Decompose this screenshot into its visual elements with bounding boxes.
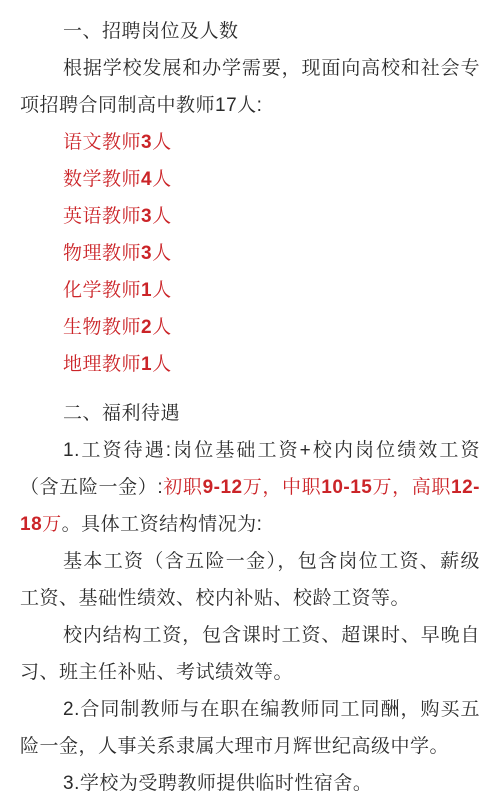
salary-range-unit: 万: [243, 477, 263, 498]
salary-range-label: 初职: [163, 477, 202, 498]
position-subject: 语文教师: [63, 132, 141, 153]
position-count: 4: [141, 169, 152, 190]
position-item: 化学教师1人: [20, 272, 480, 309]
structural-salary-paragraph: 校内结构工资，包含课时工资、超课时、早晚自习、班主任补贴、考试绩效等。: [20, 617, 480, 691]
salary-paragraph: 1.工资待遇:岗位基础工资+校内岗位绩效工资（含五险一金）:初职9-12万，中职…: [20, 432, 480, 543]
position-subject: 地理教师: [63, 354, 141, 375]
benefit-item-3: 3.学校为受聘教师提供临时性宿舍。: [20, 765, 480, 794]
position-subject: 化学教师: [63, 280, 141, 301]
section1-heading: 一、招聘岗位及人数: [20, 13, 480, 50]
position-item: 生物教师2人: [20, 309, 480, 346]
position-unit: 人: [152, 206, 172, 227]
position-subject: 数学教师: [63, 169, 141, 190]
position-subject: 英语教师: [63, 206, 141, 227]
salary-range-unit: 万: [42, 514, 62, 535]
section2-heading: 二、福利待遇: [20, 395, 480, 432]
position-item: 物理教师3人: [20, 235, 480, 272]
salary-range-value: 9-12: [203, 477, 243, 498]
position-item: 英语教师3人: [20, 198, 480, 235]
benefit-item-2: 2.合同制教师与在职在编教师同工同酬，购买五险一金，人事关系隶属大理市月辉世纪高…: [20, 691, 480, 765]
position-count: 3: [141, 206, 152, 227]
position-subject: 物理教师: [63, 243, 141, 264]
position-subject: 生物教师: [63, 317, 141, 338]
position-item: 地理教师1人: [20, 346, 480, 383]
position-unit: 人: [152, 169, 172, 190]
recruitment-article: 一、招聘岗位及人数 根据学校发展和办学需要，现面向高校和社会专项招聘合同制高中教…: [0, 0, 500, 794]
position-count: 2: [141, 317, 152, 338]
salary-range-label: ，高职: [392, 477, 451, 498]
position-count: 1: [141, 354, 152, 375]
recruitment-intro: 根据学校发展和办学需要，现面向高校和社会专项招聘合同制高中教师17人:: [20, 50, 480, 124]
salary-range-unit: 万: [372, 477, 392, 498]
salary-suffix: 。具体工资结构情况为:: [62, 514, 263, 535]
position-count: 1: [141, 280, 152, 301]
position-item: 语文教师3人: [20, 124, 480, 161]
position-unit: 人: [152, 280, 172, 301]
position-unit: 人: [152, 132, 172, 153]
position-count: 3: [141, 132, 152, 153]
position-unit: 人: [152, 243, 172, 264]
salary-range-label: ，中职: [262, 477, 321, 498]
position-count: 3: [141, 243, 152, 264]
position-unit: 人: [152, 354, 172, 375]
salary-range-value: 10-15: [321, 477, 372, 498]
position-unit: 人: [152, 317, 172, 338]
base-salary-paragraph: 基本工资（含五险一金），包含岗位工资、薪级工资、基础性绩效、校内补贴、校龄工资等…: [20, 543, 480, 617]
position-item: 数学教师4人: [20, 161, 480, 198]
